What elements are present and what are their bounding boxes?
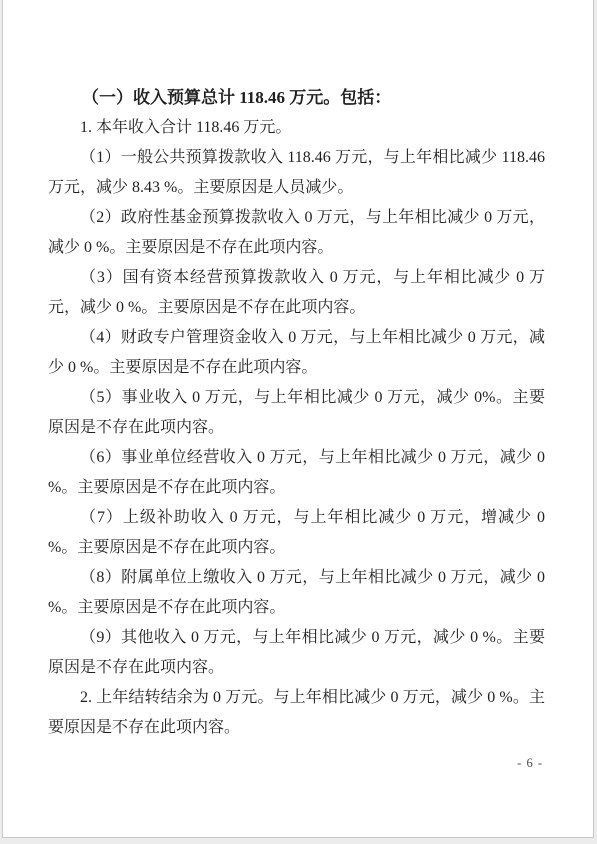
paragraph-sub-7: （7）上级补助收入 0 万元，与上年相比减少 0 万元，增减少 0 %。主要原因… bbox=[48, 503, 545, 563]
paragraph-sub-8: （8）附属单位上缴收入 0 万元，与上年相比减少 0 万元，减少 0 %。主要原… bbox=[48, 563, 545, 623]
paragraph-sub-3: （3）国有资本经营预算拨款收入 0 万元，与上年相比减少 0 万元，减少 0 %… bbox=[48, 263, 545, 323]
paragraph-sub-9: （9）其他收入 0 万元，与上年相比减少 0 万元，减少 0 %。主要原因是不存… bbox=[48, 623, 545, 683]
page-number: - 6 - bbox=[517, 755, 543, 771]
paragraph-sub-5: （5）事业收入 0 万元，与上年相比减少 0 万元，减少 0%。主要原因是不存在… bbox=[48, 383, 545, 443]
paragraph-sub-6: （6）事业单位经营收入 0 万元，与上年相比减少 0 万元，减少 0 %。主要原… bbox=[48, 443, 545, 503]
paragraph-sub-1: （1）一般公共预算拨款收入 118.46 万元，与上年相比减少 118.46 万… bbox=[48, 143, 545, 203]
paragraph-item-1: 1. 本年收入合计 118.46 万元。 bbox=[48, 113, 545, 143]
paragraph-sub-2: （2）政府性基金预算拨款收入 0 万元，与上年相比减少 0 万元，减少 0 %。… bbox=[48, 203, 545, 263]
paragraph-item-2: 2. 上年结转结余为 0 万元。与上年相比减少 0 万元，减少 0 %。主要原因… bbox=[48, 683, 545, 743]
document-page: （一）收入预算总计 118.46 万元。包括： 1. 本年收入合计 118.46… bbox=[2, 0, 594, 838]
paragraph-sub-4: （4）财政专户管理资金收入 0 万元，与上年相比减少 0 万元，减少 0 %。主… bbox=[48, 323, 545, 383]
section-heading: （一）收入预算总计 118.46 万元。包括： bbox=[48, 83, 545, 113]
document-body: （一）收入预算总计 118.46 万元。包括： 1. 本年收入合计 118.46… bbox=[48, 83, 545, 743]
